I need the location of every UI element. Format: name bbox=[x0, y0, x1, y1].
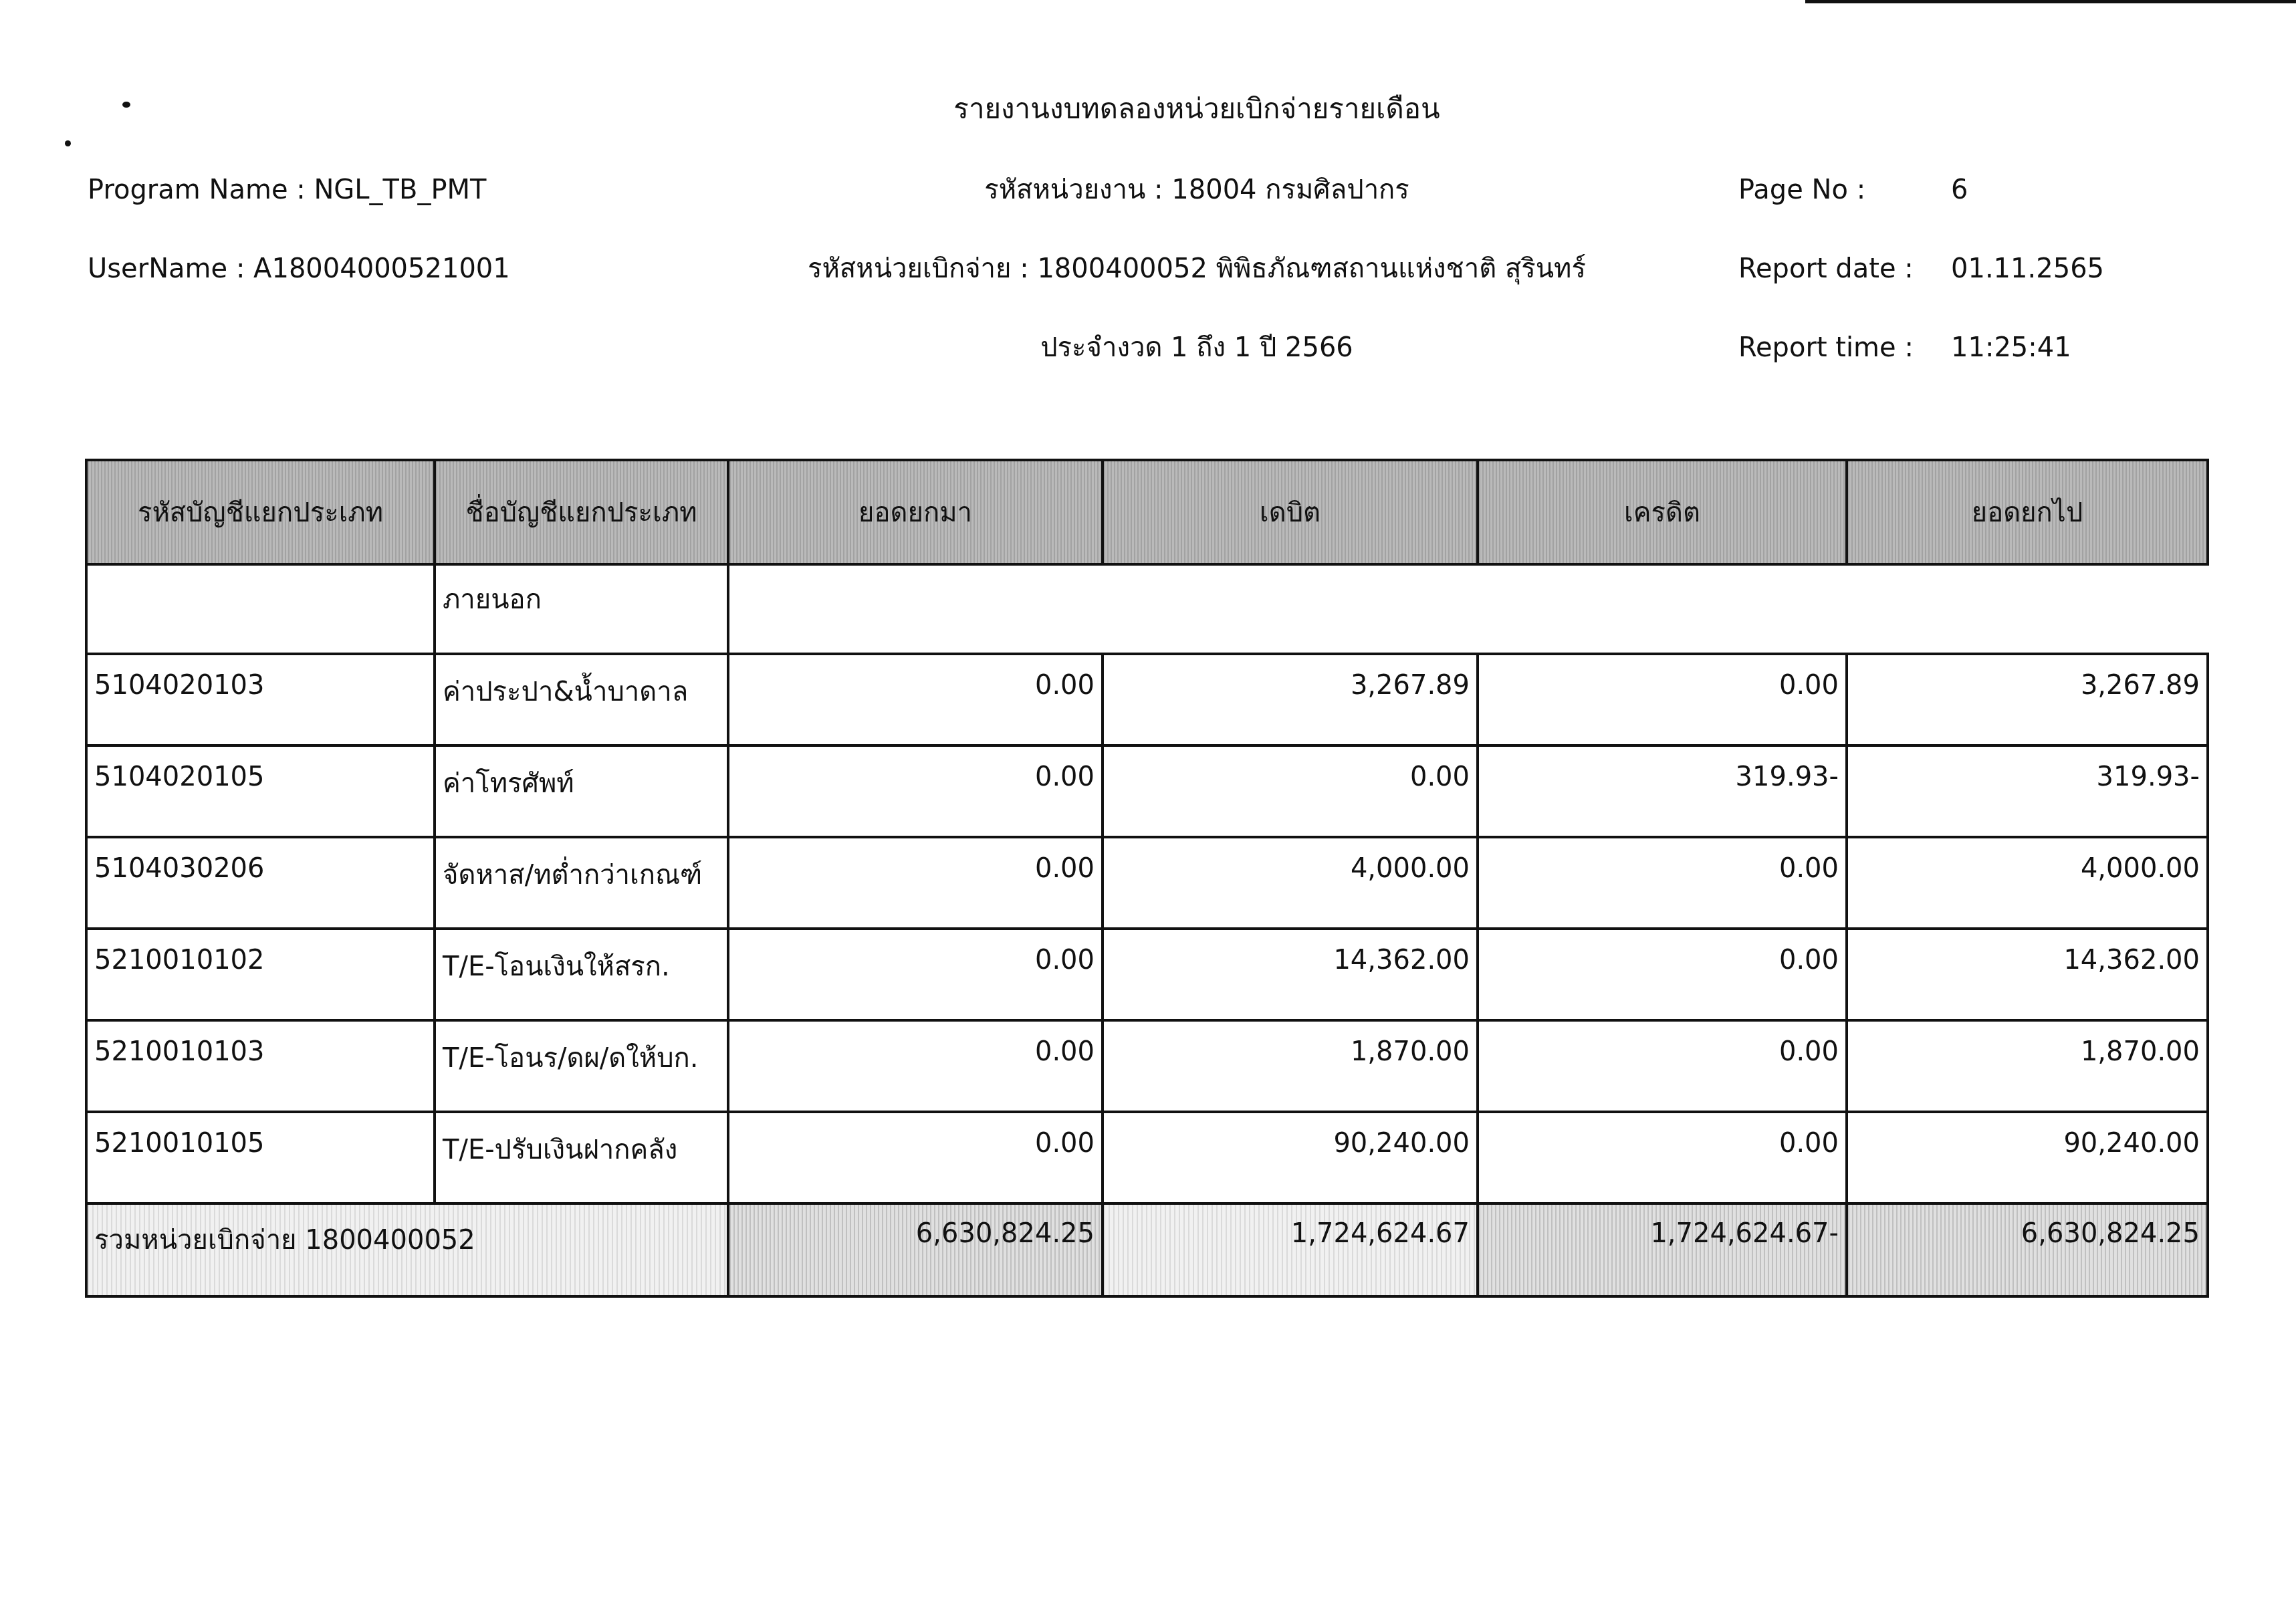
table-row: 5210010102T/E-โอนเงินให้สรก.0.0014,362.0… bbox=[86, 929, 2208, 1020]
table-header-row: รหัสบัญชีแยกประเภท ชื่อบัญชีแยกประเภท ยอ… bbox=[86, 460, 2208, 564]
col-header-opening-balance: ยอดยกมา bbox=[728, 460, 1103, 564]
cell-opening-balance: 0.00 bbox=[728, 654, 1103, 745]
report-date-label: Report date : bbox=[1738, 255, 1914, 282]
total-label: รวมหน่วยเบิกจ่าย 1800400052 bbox=[86, 1203, 728, 1296]
cell-credit: 0.00 bbox=[1478, 654, 1847, 745]
report-title: รายงานงบทดลองหน่วยเบิกจ่ายรายเดือน bbox=[0, 95, 2296, 123]
total-debit: 1,724,624.67 bbox=[1103, 1203, 1478, 1296]
col-header-closing-balance: ยอดยกไป bbox=[1847, 460, 2208, 564]
cell-account-code: 5210010103 bbox=[86, 1020, 435, 1112]
table-row: 5104020105ค่าโทรศัพท์0.000.00319.93-319.… bbox=[86, 745, 2208, 837]
col-header-account-code: รหัสบัญชีแยกประเภท bbox=[86, 460, 435, 564]
cell-closing-balance: 90,240.00 bbox=[1847, 1112, 2208, 1203]
col-header-credit: เครดิต bbox=[1478, 460, 1847, 564]
col-header-account-name: ชื่อบัญชีแยกประเภท bbox=[435, 460, 728, 564]
table-row: 5210010105T/E-ปรับเงินฝากคลัง0.0090,240.… bbox=[86, 1112, 2208, 1203]
group-row: ภายนอก bbox=[86, 564, 2208, 654]
col-header-debit: เดบิต bbox=[1103, 460, 1478, 564]
cell-account-code: 5104020103 bbox=[86, 654, 435, 745]
cell-debit: 0.00 bbox=[1103, 745, 1478, 837]
disbursement-unit-label: รหัสหน่วยเบิกจ่าย : bbox=[808, 253, 1029, 284]
cell-opening-balance: 0.00 bbox=[728, 1112, 1103, 1203]
disbursement-unit-value: 1800400052 พิพิธภัณฑสถานแห่งชาติ สุรินทร… bbox=[1037, 253, 1586, 284]
scan-edge-mark bbox=[1805, 0, 2296, 3]
total-closing-balance: 6,630,824.25 bbox=[1847, 1203, 2208, 1296]
report-time-label: Report time : bbox=[1738, 334, 1914, 361]
cell-account-name: จัดหาส/ทต่ำกว่าเกณฑ์ bbox=[435, 837, 728, 929]
page-no-label: Page No : bbox=[1738, 177, 1865, 203]
cell-account-name: T/E-โอนเงินให้สรก. bbox=[435, 929, 728, 1020]
report-time-value: 11:25:41 bbox=[1951, 334, 2071, 361]
cell-credit: 0.00 bbox=[1478, 929, 1847, 1020]
cell-opening-balance: 0.00 bbox=[728, 745, 1103, 837]
cell-account-name: ค่าโทรศัพท์ bbox=[435, 745, 728, 837]
cell-credit: 0.00 bbox=[1478, 1020, 1847, 1112]
total-opening-balance: 6,630,824.25 bbox=[728, 1203, 1103, 1296]
cell-credit: 0.00 bbox=[1478, 837, 1847, 929]
cell-account-code: 5104020105 bbox=[86, 745, 435, 837]
cell-opening-balance: 0.00 bbox=[728, 929, 1103, 1020]
group-code-cell bbox=[86, 564, 435, 654]
cell-credit: 0.00 bbox=[1478, 1112, 1847, 1203]
table-row: 5104020103ค่าประปา&น้ำบาดาล0.003,267.890… bbox=[86, 654, 2208, 745]
cell-debit: 90,240.00 bbox=[1103, 1112, 1478, 1203]
group-label: ภายนอก bbox=[435, 564, 728, 654]
scan-speck bbox=[65, 140, 71, 146]
page-no-value: 6 bbox=[1951, 177, 1968, 203]
cell-account-name: T/E-ปรับเงินฝากคลัง bbox=[435, 1112, 728, 1203]
cell-account-name: T/E-โอนร/ดผ/ดให้บก. bbox=[435, 1020, 728, 1112]
report-date-value: 01.11.2565 bbox=[1951, 255, 2104, 282]
cell-closing-balance: 319.93- bbox=[1847, 745, 2208, 837]
cell-account-code: 5210010102 bbox=[86, 929, 435, 1020]
cell-account-code: 5210010105 bbox=[86, 1112, 435, 1203]
trial-balance-table: รหัสบัญชีแยกประเภท ชื่อบัญชีแยกประเภท ยอ… bbox=[85, 459, 2209, 1298]
agency-label: รหัสหน่วยงาน : bbox=[984, 175, 1163, 205]
cell-debit: 3,267.89 bbox=[1103, 654, 1478, 745]
cell-debit: 1,870.00 bbox=[1103, 1020, 1478, 1112]
group-blank-cell bbox=[728, 564, 2208, 654]
cell-closing-balance: 3,267.89 bbox=[1847, 654, 2208, 745]
cell-closing-balance: 14,362.00 bbox=[1847, 929, 2208, 1020]
agency-value: 18004 กรมศิลปากร bbox=[1171, 175, 1409, 205]
cell-opening-balance: 0.00 bbox=[728, 1020, 1103, 1112]
cell-opening-balance: 0.00 bbox=[728, 837, 1103, 929]
table-row: 5210010103T/E-โอนร/ดผ/ดให้บก.0.001,870.0… bbox=[86, 1020, 2208, 1112]
cell-closing-balance: 1,870.00 bbox=[1847, 1020, 2208, 1112]
total-row: รวมหน่วยเบิกจ่าย 18004000526,630,824.251… bbox=[86, 1203, 2208, 1296]
table-row: 5104030206จัดหาส/ทต่ำกว่าเกณฑ์0.004,000.… bbox=[86, 837, 2208, 929]
cell-account-name: ค่าประปา&น้ำบาดาล bbox=[435, 654, 728, 745]
cell-debit: 14,362.00 bbox=[1103, 929, 1478, 1020]
cell-credit: 319.93- bbox=[1478, 745, 1847, 837]
total-credit: 1,724,624.67- bbox=[1478, 1203, 1847, 1296]
cell-debit: 4,000.00 bbox=[1103, 837, 1478, 929]
cell-account-code: 5104030206 bbox=[86, 837, 435, 929]
cell-closing-balance: 4,000.00 bbox=[1847, 837, 2208, 929]
